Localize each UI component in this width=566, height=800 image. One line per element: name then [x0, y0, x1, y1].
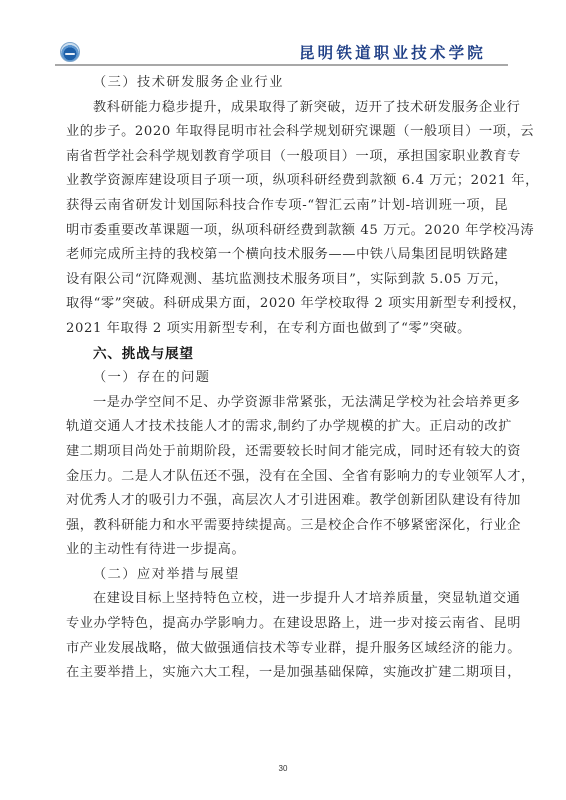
document-page: 昆明铁道职业技术学院 （三）技术研发服务企业行业教科研能力稳步提升，成果取得了新…: [0, 0, 566, 800]
paragraph-line: 市产业发展战略，做大做强通信技术等专业群，提升服务区域经济的能力。: [66, 637, 508, 662]
paragraph-line: 老师完成所主持的我校第一个横向技术服务——中铁八局集团昆明铁路建: [66, 243, 508, 268]
paragraph-line: 建二期项目尚处于前期阶段，还需要较长时间才能完成，同时还有较大的资: [66, 440, 508, 465]
paragraph-line: 设有限公司“沉降观测、基坑监测技术服务项目”，实际到款 5.05 万元，: [66, 268, 508, 293]
paragraph-first-line: 一是办学空间不足、办学资源非常紧张，无法满足学校为社会培养更多: [66, 391, 508, 416]
subsection-heading: （三）技术研发服务企业行业: [66, 71, 508, 96]
section-heading: 六、挑战与展望: [66, 342, 508, 367]
paragraph-line: 南省哲学社会科学规划教育学项目（一般项目）一项，承担国家职业教育专: [66, 145, 508, 170]
paragraph-line: 金压力。二是人才队伍还不强，没有在全国、全省有影响力的专业领军人才，: [66, 465, 508, 490]
paragraph-line: 轨道交通人才技术技能人才的需求,制约了办学规模的扩大。正启动的改扩: [66, 415, 508, 440]
paragraph-line: 明市委重要改革课题一项，纵项科研经费到款额 45 万元。2020 年学校冯涛: [66, 219, 508, 244]
paragraph-line: 在主要举措上，实施六大工程，一是加强基础保障，实施改扩建二期项目，: [66, 661, 508, 686]
paragraph-line: 强，教科研能力和水平需要持续提高。三是校企合作不够紧密深化，行业企: [66, 514, 508, 539]
subsection-heading: （二）应对举措与展望: [66, 563, 508, 588]
school-emblem-icon: [60, 42, 80, 62]
paragraph-line: 对优秀人才的吸引力不强，高层次人才引进困难。教学创新团队建设有待加: [66, 489, 508, 514]
paragraph-line: 专业办学特色，提高办学影响力。在建设思路上，进一步对接云南省、昆明: [66, 612, 508, 637]
page-number: 30: [0, 764, 566, 773]
subsection-heading: （一）存在的问题: [66, 366, 508, 391]
paragraph-last-line: 业的主动性有待进一步提高。: [66, 538, 508, 563]
paragraph-line: 获得云南省研发计划国际科技合作专项-“智汇云南”计划-培训班一项，昆: [66, 194, 508, 219]
paragraph-line: 业的步子。2020 年取得昆明市社会科学规划研究课题（一般项目）一项，云: [66, 120, 508, 145]
paragraph-first-line: 在建设目标上坚持特色立校，进一步提升人才培养质量，突显轨道交通: [66, 587, 508, 612]
paragraph-last-line: 2021 年取得 2 项实用新型专利，在专利方面也做到了“零”突破。: [66, 317, 508, 342]
paragraph-line: 业教学资源库建设项目子项一项，纵项科研经费到款额 6.4 万元；2021 年，: [66, 169, 508, 194]
page-header: 昆明铁道职业技术学院: [55, 40, 508, 64]
document-body: （三）技术研发服务企业行业教科研能力稳步提升，成果取得了新突破，迈开了技术研发服…: [66, 71, 508, 686]
paragraph-first-line: 教科研能力稳步提升，成果取得了新突破，迈开了技术研发服务企业行: [66, 96, 508, 121]
school-name: 昆明铁道职业技术学院: [299, 41, 486, 63]
paragraph-line: 取得“零”突破。科研成果方面，2020 年学校取得 2 项实用新型专利授权，: [66, 292, 508, 317]
header-divider: [55, 64, 508, 66]
